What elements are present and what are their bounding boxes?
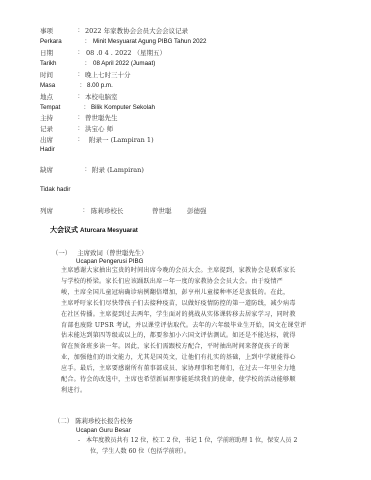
attendee-name: 曾世聪 bbox=[152, 206, 172, 216]
meta-colon: : bbox=[84, 103, 86, 113]
attendee-name: 彭德强 bbox=[187, 206, 207, 216]
meta-colon: : bbox=[78, 70, 80, 80]
meta-value: Bilik Komputer Sekolah bbox=[91, 103, 155, 113]
meta-label: Masa bbox=[40, 81, 55, 91]
meta-label: Tempat bbox=[40, 103, 60, 113]
meta-value: 陈莉珍校长 bbox=[91, 206, 124, 216]
paragraph-line: 峻，主席全国儿童冠病确诊病例翻倍增加，彭亨州儿童接种率还是蛮低的。在此， bbox=[61, 288, 336, 299]
meta-label: 主持 bbox=[40, 113, 53, 123]
paragraph-line: 利进行。 bbox=[61, 386, 336, 397]
bullet-line: 位，学生人数 60 位（包括学前班）。 bbox=[78, 446, 297, 457]
section-number: （一） bbox=[52, 249, 71, 257]
section-1-heading: （一） 主席致词（曾世聪先生） bbox=[52, 248, 148, 257]
meta-label: 列席 bbox=[40, 206, 53, 216]
meta-colon: : bbox=[78, 26, 80, 36]
bullet-marker: - bbox=[78, 437, 80, 444]
meta-colon: : bbox=[85, 165, 87, 175]
meta-value: 本校电脑室 bbox=[85, 92, 118, 102]
document-page: 事项 : 2022 年家教协会会员大会会议记录 Perkara : Minit … bbox=[0, 0, 371, 480]
meta-value: 附录一 (Lampiran 1) bbox=[89, 135, 154, 145]
section-2-subtitle: Ucapan Guru Besar bbox=[76, 427, 131, 434]
meta-value: 08 April 2022 (Jumaat) bbox=[93, 59, 155, 69]
paragraph-line: 育部也废除 UPSR 考试，并以课堂评估取代。去年的六年级毕业生开始，国文在课堂… bbox=[61, 321, 336, 332]
meta-value: 晚上七时三十分 bbox=[85, 70, 131, 80]
meta-label: 记录 bbox=[40, 124, 53, 134]
meta-colon: : bbox=[78, 124, 80, 134]
meta-label: 地点 bbox=[40, 92, 53, 102]
meta-value: 2022 年家教协会会员大会会议记录 bbox=[85, 26, 188, 36]
paragraph-line: 主席感谢大家抽出宝贵的时间出席今晚的会员大会。主席提到，家教协会是联系家长 bbox=[61, 266, 336, 277]
section-title: 主席致词（曾世聪先生） bbox=[77, 249, 147, 257]
meta-colon: : bbox=[80, 81, 82, 91]
bullet-line: 本年度教员共有 12 位，校工 2 位，书记 1 位，学前班助理 1 位，保安人… bbox=[86, 437, 297, 444]
meta-label: Hadir bbox=[40, 145, 55, 155]
section-2-bullet: - 本年度教员共有 12 位，校工 2 位，书记 1 位，学前班助理 1 位，保… bbox=[78, 435, 297, 457]
meta-label: 缺席 bbox=[40, 165, 53, 175]
meta-colon: : bbox=[85, 37, 87, 47]
section-title: 陈莉珍校长报告校务 bbox=[75, 417, 133, 425]
meta-colon: : bbox=[78, 92, 80, 102]
meta-label: 日期 bbox=[40, 48, 53, 58]
agenda-heading-ms: Aturcara Mesyuarat bbox=[80, 227, 138, 234]
meta-colon: : bbox=[78, 135, 80, 145]
meta-colon: : bbox=[85, 59, 87, 69]
meta-colon: : bbox=[78, 113, 80, 123]
paragraph-line: 在社区传播。主席提到过去两年，学生面对的挑战从实体课转移去居家学习，同时教 bbox=[61, 310, 336, 321]
paragraph-line: 主席呼吁家长们尽快带孩子们去接种疫苗，以做好疫情防控的第一道防线，减少病毒 bbox=[61, 299, 336, 310]
section-number: （二） bbox=[54, 417, 73, 425]
paragraph-line: 留在预备班多读一年。因此，家长们需跟校方配合，平时抽出时间来督促孩子的课 bbox=[61, 342, 336, 353]
meta-label: Tidak hadir bbox=[40, 185, 70, 195]
meta-value: 附录 (Lampiran) bbox=[92, 165, 144, 175]
meta-label: 出席 bbox=[40, 135, 53, 145]
meta-value: 08 .0 4 . 2022 （星期五） bbox=[86, 48, 166, 58]
meta-value: 曾世聪先生 bbox=[85, 113, 118, 123]
paragraph-line: 与学校的桥梁。家长们应该踊跃出席一年一度的家教协会会员大会。由于疫情严 bbox=[61, 277, 336, 288]
meta-value: 8.00 p.m. bbox=[87, 81, 113, 91]
meta-label: 事项 bbox=[40, 26, 53, 36]
section-2-heading: （二） 陈莉珍校长报告校务 bbox=[54, 416, 133, 425]
paragraph-line: 配合。待会的改选中，主席也希望新届理事能延续我们的使命，使学校的活动能够顺 bbox=[61, 375, 336, 386]
paragraph-line: 业，加强他们的语文能力，尤其是国英文，让他们有扎实的基础，上到中学就能得心 bbox=[61, 353, 336, 364]
meta-colon: : bbox=[83, 206, 85, 216]
meta-label: Perkara bbox=[40, 37, 62, 47]
meta-label: Tarikh bbox=[40, 59, 57, 69]
meta-value: 洪宝心 师 bbox=[85, 124, 113, 134]
paragraph-line: 估未能达到第四等级或以上的，都要参加小六国文评估测试。如还是不能达标，就得 bbox=[61, 331, 336, 342]
section-1-subtitle: Ucapan Pengerusi PIBG bbox=[76, 258, 143, 265]
meta-value: Minit Mesyuarat Agung PIBG Tahun 2022 bbox=[93, 37, 206, 47]
paragraph-line: 应手。最后，主席要感谢所有董事部成员、家协理事和老师们，在过去一年里全力地 bbox=[61, 364, 336, 375]
meta-label: 时间 bbox=[40, 70, 53, 80]
section-1-paragraph: 主席感谢大家抽出宝贵的时间出席今晚的会员大会。主席提到，家教协会是联系家长 与学… bbox=[61, 266, 336, 397]
agenda-heading: 大会议式 Aturcara Mesyuarat bbox=[50, 225, 138, 235]
agenda-heading-zh: 大会议式 bbox=[50, 226, 78, 234]
meta-colon: : bbox=[78, 48, 80, 58]
